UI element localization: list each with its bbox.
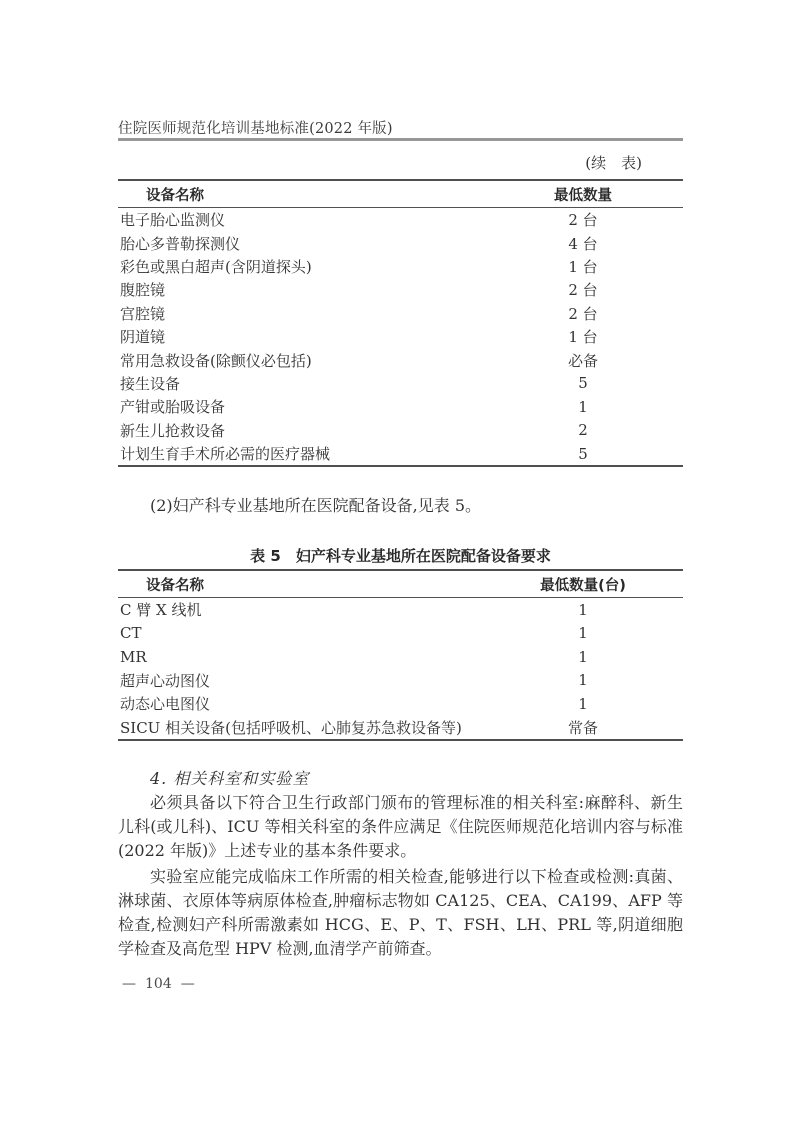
quantity-cell: 2 (483, 421, 683, 439)
quantity-cell: 2 台 (483, 209, 683, 230)
device-name-cell: 计划生育手术所必需的医疗器械 (118, 443, 483, 464)
quantity-cell: 必备 (483, 350, 683, 371)
table-header-row: 设备名称 最低数量 (118, 181, 683, 208)
device-name-cell: 产钳或胎吸设备 (118, 396, 483, 417)
device-name-cell: CT (118, 624, 483, 642)
quantity-cell: 1 (483, 695, 683, 713)
table-row: 阴道镜1 台 (118, 325, 683, 348)
table-row: 超声心动图仪1 (118, 669, 683, 693)
quantity-cell: 1 (483, 671, 683, 689)
device-name-cell: MR (118, 648, 483, 666)
table-row: 彩色或黑白超声(含阴道探头)1 台 (118, 255, 683, 278)
hospital-equipment-table5: 设备名称 最低数量(台) C 臂 X 线机1CT1MR1超声心动图仪1动态心电图… (118, 569, 683, 741)
table-row: 胎心多普勒探测仪4 台 (118, 231, 683, 254)
device-name-cell: 接生设备 (118, 373, 483, 394)
table-row: MR1 (118, 645, 683, 669)
device-name-cell: 腹腔镜 (118, 279, 483, 300)
table-row: 新生儿抢救设备2 (118, 419, 683, 442)
quantity-cell: 5 (483, 445, 683, 463)
paragraph-intro-table5: (2)妇产科专业基地所在医院配备设备,见表 5。 (118, 494, 683, 518)
table5-title: 表 5 妇产科专业基地所在医院配备设备要求 (118, 545, 683, 566)
footer-dash-right: — (181, 976, 195, 992)
section4-paragraph-1: 必须具备以下符合卫生行政部门颁布的管理标准的相关科室:麻醉科、新生儿科(或儿科)… (118, 791, 683, 863)
quantity-cell: 1 台 (483, 256, 683, 277)
section4-paragraph-2: 实验室应能完成临床工作所需的相关检查,能够进行以下检查或检测:真菌、淋球菌、衣原… (118, 865, 683, 961)
column-header-device-name: 设备名称 (118, 574, 483, 595)
running-header: 住院医师规范化培训基地标准(2022 年版) (118, 117, 393, 138)
table-continuation-note: (续 表) (585, 152, 642, 173)
device-name-cell: 动态心电图仪 (118, 693, 483, 714)
table-body: C 臂 X 线机1CT1MR1超声心动图仪1动态心电图仪1SICU 相关设备(包… (118, 598, 683, 739)
quantity-cell: 2 台 (483, 279, 683, 300)
quantity-cell: 4 台 (483, 233, 683, 254)
column-header-min-quantity: 最低数量(台) (483, 574, 683, 595)
device-name-cell: 新生儿抢救设备 (118, 420, 483, 441)
table-row: CT1 (118, 622, 683, 646)
quantity-cell: 1 (483, 601, 683, 619)
column-header-min-quantity: 最低数量 (483, 184, 683, 205)
table-row: 动态心电图仪1 (118, 692, 683, 716)
table-row: 接生设备5 (118, 372, 683, 395)
device-name-cell: 胎心多普勒探测仪 (118, 233, 483, 254)
quantity-cell: 1 (483, 624, 683, 642)
device-name-cell: 超声心动图仪 (118, 670, 483, 691)
footer-dash-left: — (122, 976, 136, 992)
device-name-cell: 常用急救设备(除颤仪必包括) (118, 350, 483, 371)
table-row: 产钳或胎吸设备1 (118, 395, 683, 418)
page-footer: — 104 — (122, 976, 195, 992)
device-name-cell: SICU 相关设备(包括呼吸机、心肺复苏急救设备等) (118, 717, 483, 738)
page-number: 104 (145, 976, 172, 992)
quantity-cell: 1 台 (483, 326, 683, 347)
device-name-cell: 彩色或黑白超声(含阴道探头) (118, 256, 483, 277)
table-row: 电子胎心监测仪2 台 (118, 208, 683, 231)
quantity-cell: 常备 (483, 717, 683, 738)
table-row: 宫腔镜2 台 (118, 302, 683, 325)
table-row: C 臂 X 线机1 (118, 598, 683, 622)
column-header-device-name: 设备名称 (118, 184, 483, 205)
table-row: 计划生育手术所必需的医疗器械5 (118, 442, 683, 465)
quantity-cell: 1 (483, 398, 683, 416)
document-page: 住院医师规范化培训基地标准(2022 年版) (续 表) 设备名称 最低数量 电… (0, 0, 800, 1131)
table-header-row: 设备名称 最低数量(台) (118, 571, 683, 598)
quantity-cell: 5 (483, 374, 683, 392)
device-name-cell: 阴道镜 (118, 326, 483, 347)
quantity-cell: 1 (483, 648, 683, 666)
table-body: 电子胎心监测仪2 台胎心多普勒探测仪4 台彩色或黑白超声(含阴道探头)1 台腹腔… (118, 208, 683, 465)
table-row: SICU 相关设备(包括呼吸机、心肺复苏急救设备等)常备 (118, 716, 683, 740)
device-name-cell: 宫腔镜 (118, 303, 483, 324)
table-row: 腹腔镜2 台 (118, 278, 683, 301)
equipment-continuation-table: 设备名称 最低数量 电子胎心监测仪2 台胎心多普勒探测仪4 台彩色或黑白超声(含… (118, 179, 683, 467)
table-row: 常用急救设备(除颤仪必包括)必备 (118, 348, 683, 371)
quantity-cell: 2 台 (483, 303, 683, 324)
section4-heading: 4. 相关科室和实验室 (118, 766, 683, 789)
device-name-cell: C 臂 X 线机 (118, 599, 483, 620)
device-name-cell: 电子胎心监测仪 (118, 209, 483, 230)
header-rule (118, 138, 683, 141)
